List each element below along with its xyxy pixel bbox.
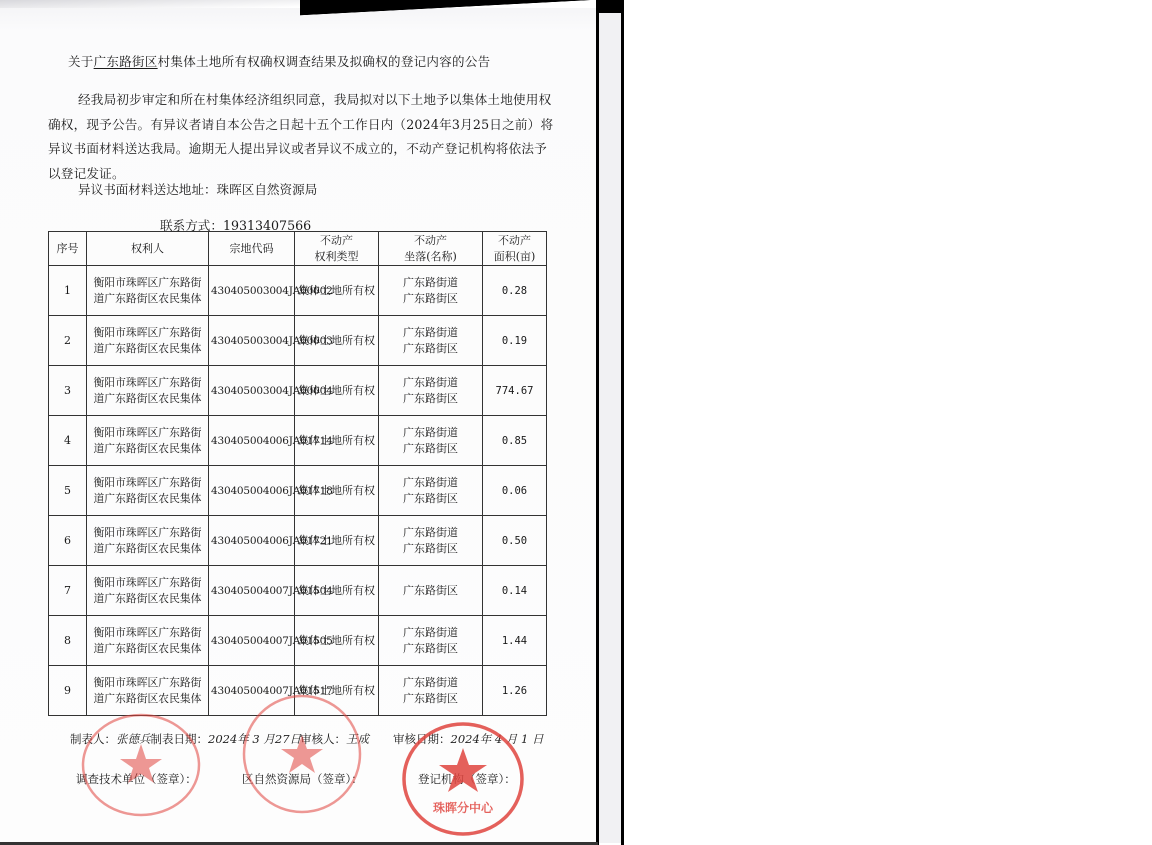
review-date-line: 审核日期：2024年 4 月 1 日 — [393, 731, 544, 747]
property-location: 广东路街道 广东路街区 — [379, 616, 483, 666]
row-number: 5 — [49, 466, 87, 516]
right-holder: 衡阳市珠晖区广东路街道广东路街区农民集体 — [87, 366, 209, 416]
right-type: 集体土地所有权 — [295, 466, 379, 516]
scan-edge-top — [596, 0, 622, 13]
scan-shadow — [300, 0, 598, 18]
reviewer-signature: 王成 — [346, 732, 369, 746]
right-holder: 衡阳市珠晖区广东路街道广东路街区农民集体 — [87, 466, 209, 516]
property-location: 广东路街道 广东路街区 — [379, 366, 483, 416]
right-type: 集体土地所有权 — [295, 316, 379, 366]
right-holder: 衡阳市珠晖区广东路街道广东路街区农民集体 — [87, 266, 209, 316]
property-location: 广东路街道 广东路街区 — [379, 466, 483, 516]
row-number: 9 — [49, 666, 87, 716]
right-type: 集体土地所有权 — [295, 566, 379, 616]
table-row: 4衡阳市珠晖区广东路街道广东路街区农民集体430405004006JA01714… — [49, 416, 547, 466]
property-location: 广东路街道 广东路街区 — [379, 666, 483, 716]
row-number: 2 — [49, 316, 87, 366]
parcel-code: 430405004006JA01721 — [209, 516, 295, 566]
parcel-code: 430405004007JA01504 — [209, 566, 295, 616]
column-header: 不动产 权利类型 — [295, 232, 379, 266]
property-location: 广东路街区 — [379, 566, 483, 616]
row-number: 7 — [49, 566, 87, 616]
column-header: 序号 — [49, 232, 87, 266]
right-holder: 衡阳市珠晖区广东路街道广东路街区农民集体 — [87, 616, 209, 666]
land-table: 序号权利人宗地代码不动产 权利类型不动产 坐落(名称)不动产 面积(亩) 1衡阳… — [48, 231, 547, 716]
right-type: 集体土地所有权 — [295, 516, 379, 566]
registration-seal-label: 登记机构（签章）： — [418, 771, 516, 787]
right-type: 集体土地所有权 — [295, 416, 379, 466]
title-underlined: 广东路街区 — [94, 54, 158, 69]
table-row: 6衡阳市珠晖区广东路街道广东路街区农民集体430405004006JA01721… — [49, 516, 547, 566]
table-header-row: 序号权利人宗地代码不动产 权利类型不动产 坐落(名称)不动产 面积(亩) — [49, 232, 547, 266]
preparer-line: 制表人：张德兵制表日期：2024年 3 月27日 — [70, 731, 301, 747]
table-row: 1衡阳市珠晖区广东路街道广东路街区农民集体430405003004JA00002… — [49, 266, 547, 316]
review-date-label: 审核日期： — [393, 732, 451, 746]
right-holder: 衡阳市珠晖区广东路街道广东路街区农民集体 — [87, 516, 209, 566]
review-date: 2024年 4 月 1 日 — [451, 732, 544, 746]
column-header: 宗地代码 — [209, 232, 295, 266]
right-type: 集体土地所有权 — [295, 266, 379, 316]
table-row: 9衡阳市珠晖区广东路街道广东路街区农民集体430405004007JA01517… — [49, 666, 547, 716]
property-area: 0.14 — [483, 566, 547, 616]
row-number: 8 — [49, 616, 87, 666]
property-location: 广东路街道 广东路街区 — [379, 516, 483, 566]
parcel-code: 430405004006JA01718 — [209, 466, 295, 516]
parcel-code: 430405003004JA00004 — [209, 366, 295, 416]
property-area: 0.19 — [483, 316, 547, 366]
right-holder: 衡阳市珠晖区广东路街道广东路街区农民集体 — [87, 666, 209, 716]
property-area: 1.44 — [483, 616, 547, 666]
prepared-date-label: 制表日期： — [151, 732, 209, 746]
preparer-label: 制表人： — [70, 732, 116, 746]
title-prefix: 关于 — [68, 54, 94, 69]
scan-edge-far-right — [621, 0, 624, 845]
column-header: 不动产 面积(亩) — [483, 232, 547, 266]
property-location: 广东路街道 广东路街区 — [379, 266, 483, 316]
row-number: 6 — [49, 516, 87, 566]
right-holder: 衡阳市珠晖区广东路街道广东路街区农民集体 — [87, 566, 209, 616]
property-area: 0.06 — [483, 466, 547, 516]
right-holder: 衡阳市珠晖区广东路街道广东路街区农民集体 — [87, 416, 209, 466]
property-area: 774.67 — [483, 366, 547, 416]
right-type: 集体土地所有权 — [295, 666, 379, 716]
resources-bureau-seal-label: 区自然资源局（签章）： — [242, 771, 363, 787]
column-header: 权利人 — [87, 232, 209, 266]
right-type: 集体土地所有权 — [295, 616, 379, 666]
table-row: 2衡阳市珠晖区广东路街道广东路街区农民集体430405003004JA00003… — [49, 316, 547, 366]
parcel-code: 430405004006JA01714 — [209, 416, 295, 466]
reviewer-label: 审核人： — [300, 732, 346, 746]
table-row: 3衡阳市珠晖区广东路街道广东路街区农民集体430405003004JA00004… — [49, 366, 547, 416]
right-holder: 衡阳市珠晖区广东路街道广东路街区农民集体 — [87, 316, 209, 366]
property-area: 0.85 — [483, 416, 547, 466]
property-area: 1.26 — [483, 666, 547, 716]
property-location: 广东路街道 广东路街区 — [379, 316, 483, 366]
objection-address: 异议书面材料送达地址：珠晖区自然资源局 — [78, 179, 317, 198]
row-number: 4 — [49, 416, 87, 466]
table-row: 8衡阳市珠晖区广东路街道广东路街区农民集体430405004007JA01505… — [49, 616, 547, 666]
survey-unit-seal-label: 调查技术单位（签章）： — [76, 771, 197, 787]
column-header: 不动产 坐落(名称) — [379, 232, 483, 266]
scan-strip — [599, 13, 621, 843]
parcel-code: 430405004007JA01517 — [209, 666, 295, 716]
row-number: 1 — [49, 266, 87, 316]
prepared-date: 2024年 3 月27日 — [208, 732, 301, 746]
right-type: 集体土地所有权 — [295, 366, 379, 416]
parcel-code: 430405003004JA00002 — [209, 266, 295, 316]
property-area: 0.50 — [483, 516, 547, 566]
parcel-code: 430405004007JA01505 — [209, 616, 295, 666]
row-number: 3 — [49, 366, 87, 416]
table-row: 7衡阳市珠晖区广东路街道广东路街区农民集体430405004007JA01504… — [49, 566, 547, 616]
property-location: 广东路街道 广东路街区 — [379, 416, 483, 466]
table-row: 5衡阳市珠晖区广东路街道广东路街区农民集体430405004006JA01718… — [49, 466, 547, 516]
title-suffix: 村集体土地所有权确权调查结果及拟确权的登记内容的公告 — [158, 54, 491, 69]
property-area: 0.28 — [483, 266, 547, 316]
notice-body: 经我局初步审定和所在村集体经济组织同意，我局拟对以下土地予以集体土地使用权确权，… — [48, 88, 556, 186]
preparer-signature: 张德兵 — [116, 732, 151, 746]
parcel-code: 430405003004JA00003 — [209, 316, 295, 366]
reviewer-line: 审核人：王成 — [300, 731, 369, 747]
notice-title: 关于广东路街区村集体土地所有权确权调查结果及拟确权的登记内容的公告 — [68, 52, 490, 70]
